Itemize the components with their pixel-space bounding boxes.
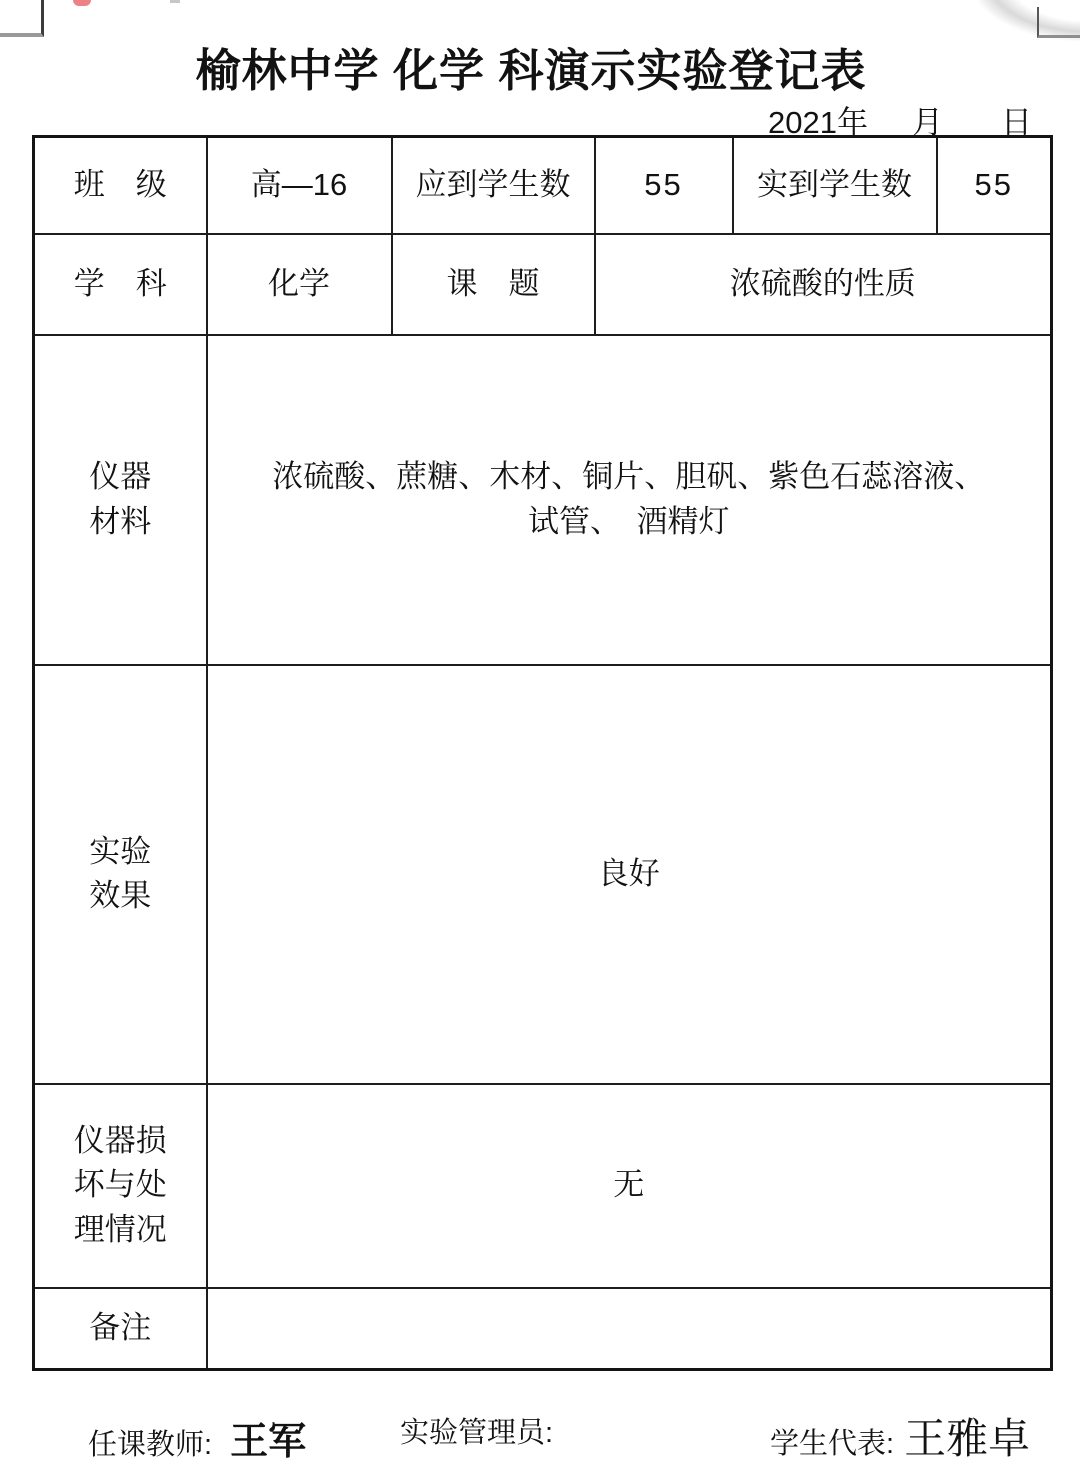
- materials-row: 仪器 材料 浓硫酸、蔗糖、木材、铜片、胆矾、紫色石蕊溶液、 试管、 酒精灯: [34, 335, 1052, 665]
- expected-students-value-cell: 55: [595, 137, 733, 234]
- actual-students-label-cell: 实到学生数: [733, 137, 937, 234]
- class-row: 班 级 高—16 应到学生数 55 实到学生数 55: [34, 137, 1052, 234]
- subject-value-cell: 化学: [207, 234, 392, 335]
- student-label: 学生代表:: [770, 1421, 894, 1462]
- damage-value-cell: 无: [207, 1084, 1052, 1288]
- registration-table: 班 级 高—16 应到学生数 55 实到学生数 55 学 科 化学 课 题 浓硫…: [32, 135, 1053, 1371]
- page-title: 榆林中学 化学 科演示实验登记表: [0, 34, 1062, 99]
- class-label-cell: 班 级: [34, 137, 207, 234]
- materials-value-cell: 浓硫酸、蔗糖、木材、铜片、胆矾、紫色石蕊溶液、 试管、 酒精灯: [207, 335, 1052, 665]
- actual-students-value-cell: 55: [937, 137, 1052, 234]
- topic-label-cell: 课 题: [392, 234, 595, 335]
- manager-signature-group: 实验管理员:: [400, 1410, 553, 1451]
- subject-label-cell: 学 科: [34, 234, 207, 335]
- red-stamp-fragment: [73, 0, 91, 6]
- manager-label: 实验管理员:: [400, 1410, 553, 1451]
- student-signature-group: 学生代表: 王雅卓: [770, 1406, 1030, 1466]
- cut-box-top-left: [0, 0, 44, 37]
- effect-label-cell: 实验 效果: [34, 665, 207, 1084]
- damage-row: 仪器损 坏与处 理情况 无: [34, 1084, 1052, 1288]
- gray-mark-fragment: [170, 0, 180, 3]
- remarks-row: 备注: [34, 1288, 1052, 1370]
- class-value-cell: 高—16: [207, 137, 392, 234]
- materials-label-cell: 仪器 材料: [34, 335, 207, 665]
- teacher-signature-group: 任课教师: 王军: [88, 1410, 306, 1465]
- teacher-name: 王军: [230, 1410, 306, 1465]
- effect-value-cell: 良好: [207, 665, 1052, 1084]
- student-name: 王雅卓: [904, 1406, 1030, 1466]
- damage-label-cell: 仪器损 坏与处 理情况: [34, 1084, 207, 1288]
- signature-row: 任课教师: 王军 实验管理员: 学生代表: 王雅卓: [0, 1398, 1080, 1458]
- effect-row: 实验 效果 良好: [34, 665, 1052, 1084]
- expected-students-label-cell: 应到学生数: [392, 137, 595, 234]
- topic-value-cell: 浓硫酸的性质: [595, 234, 1052, 335]
- remarks-label-cell: 备注: [34, 1288, 207, 1370]
- teacher-label: 任课教师:: [88, 1422, 212, 1463]
- subject-row: 学 科 化学 课 题 浓硫酸的性质: [34, 234, 1052, 335]
- remarks-value-cell: [207, 1288, 1052, 1370]
